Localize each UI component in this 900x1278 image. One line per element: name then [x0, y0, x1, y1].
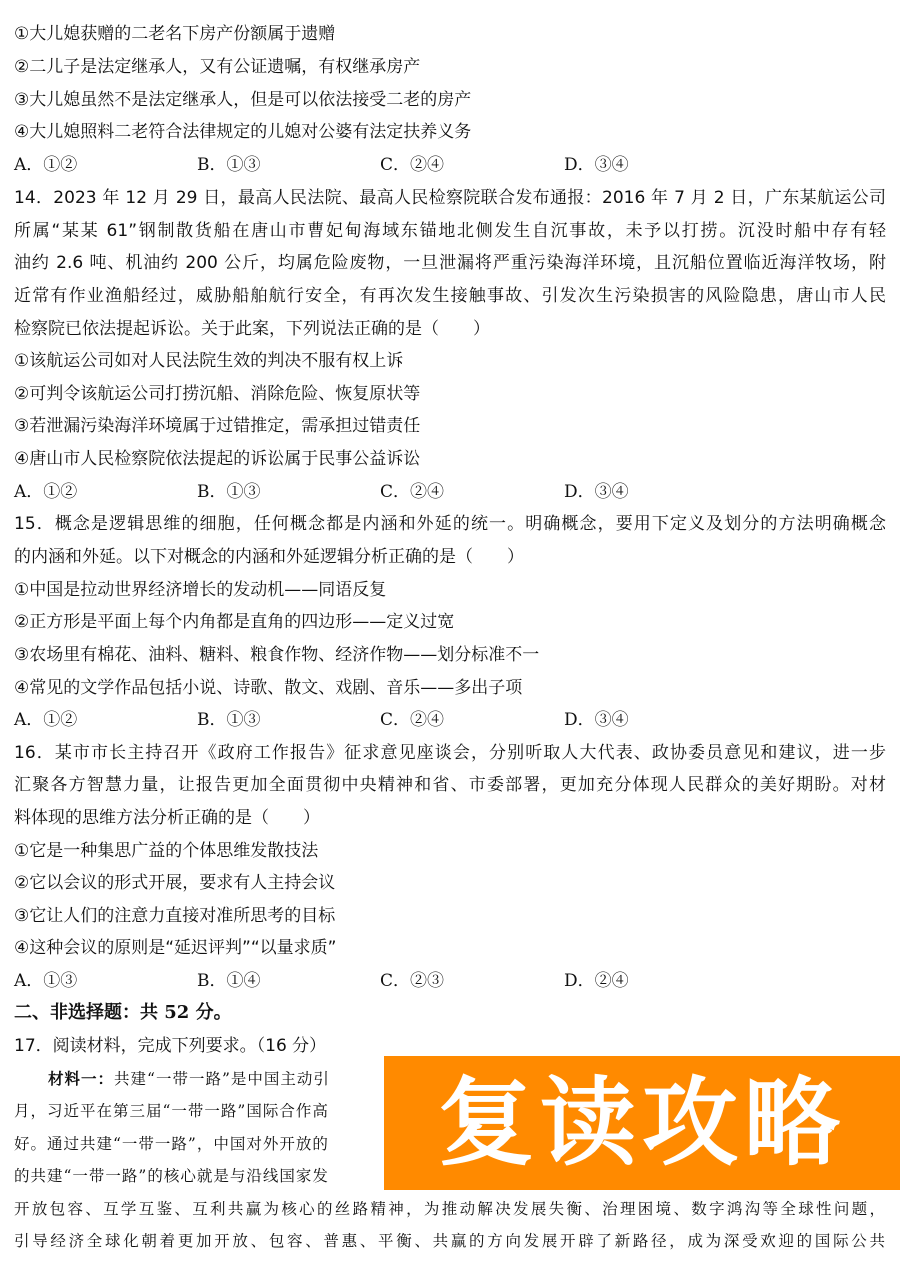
- q13-statement-3: ③大儿媳虽然不是法定继承人，但是可以依法接受二老的房产: [14, 88, 886, 112]
- q15-option-d[interactable]: D．③④: [564, 708, 629, 732]
- q14-options: A．①② B．①③ C．②④ D．③④: [0, 480, 900, 504]
- q14-statement-3: ③若泄漏污染海洋环境属于过错推定，需承担过错责任: [14, 414, 886, 438]
- q14-statement-2: ②可判令该航运公司打捞沉船、消除危险、恢复原状等: [14, 382, 886, 406]
- watermark-banner-text: 复读攻略: [438, 1075, 846, 1171]
- q14-option-b[interactable]: B．①③: [197, 480, 261, 504]
- q16-stem-line-2: 汇聚各方智慧力量，让报告更加全面贯彻中央精神和省、市委部署，更加充分体现人民群众…: [14, 773, 886, 797]
- q15-statement-1: ①中国是拉动世界经济增长的发动机——同语反复: [14, 578, 886, 602]
- q16-option-b[interactable]: B．①④: [197, 969, 261, 993]
- q16-option-a[interactable]: A．①③: [14, 969, 77, 993]
- q14-stem-line-2: 所属“某某 61”钢制散货船在唐山市曹妃甸海域东锚地北侧发生自沉事故，未予以打捞…: [14, 219, 886, 243]
- q16-options: A．①③ B．①④ C．②③ D．②④: [0, 969, 900, 993]
- q16-statement-1: ①它是一种集思广益的个体思维发散技法: [14, 839, 886, 863]
- q16-statement-4: ④这种会议的原则是“延迟评判”“以量求质”: [14, 936, 886, 960]
- q16-stem-line-1: 16．某市市长主持召开《政府工作报告》征求意见座谈会，分别听取人大代表、政协委员…: [14, 741, 886, 765]
- q13-option-d[interactable]: D．③④: [564, 153, 629, 177]
- q14-stem-line-5: 检察院已依法提起诉讼。关于此案，下列说法正确的是（ ）: [14, 317, 886, 341]
- q13-option-c[interactable]: C．②④: [380, 153, 444, 177]
- q14-option-d[interactable]: D．③④: [564, 480, 629, 504]
- q14-statement-1: ①该航运公司如对人民法院生效的判决不服有权上诉: [14, 349, 886, 373]
- exam-page: ①大儿媳获赠的二老名下房产份额属于遗赠 ②二儿子是法定继承人，又有公证遗嘱，有权…: [0, 0, 900, 1278]
- q16-option-c[interactable]: C．②③: [380, 969, 444, 993]
- q15-options: A．①② B．①③ C．②④ D．③④: [0, 708, 900, 732]
- q13-option-a[interactable]: A．①②: [14, 153, 77, 177]
- q16-statement-3: ③它让人们的注意力直接对准所思考的目标: [14, 904, 886, 928]
- q15-option-c[interactable]: C．②④: [380, 708, 444, 732]
- q14-option-a[interactable]: A．①②: [14, 480, 77, 504]
- q14-stem-line-3: 油约 2.6 吨、机油约 200 公斤，均属危险废物，一旦泄漏将严重污染海洋环境…: [14, 251, 886, 275]
- q15-stem-line-2: 的内涵和外延。以下对概念的内涵和外延逻辑分析正确的是（ ）: [14, 545, 886, 569]
- q16-option-d[interactable]: D．②④: [564, 969, 629, 993]
- q16-stem-line-3: 料体现的思维方法分析正确的是（ ）: [14, 806, 886, 830]
- q13-options: A．①② B．①③ C．②④ D．③④: [0, 153, 900, 177]
- watermark-banner: 复读攻略: [384, 1056, 900, 1190]
- q17-material-line-6: 引导经济全球化朝着更加开放、包容、普惠、平衡、共赢的方向发展开辟了新路径，成为深…: [14, 1229, 886, 1253]
- q14-option-c[interactable]: C．②④: [380, 480, 444, 504]
- q13-statement-2: ②二儿子是法定继承人，又有公证遗嘱，有权继承房产: [14, 55, 886, 79]
- q13-option-b[interactable]: B．①③: [197, 153, 261, 177]
- q14-stem-line-4: 近常有作业渔船经过，威胁船舶航行安全，有再次发生接触事故、引发次生污染损害的风险…: [14, 284, 886, 308]
- q15-option-b[interactable]: B．①③: [197, 708, 261, 732]
- q14-statement-4: ④唐山市人民检察院依法提起的诉讼属于民事公益诉讼: [14, 447, 886, 471]
- q13-statement-4: ④大儿媳照料二老符合法律规定的儿媳对公婆有法定扶养义务: [14, 120, 886, 144]
- q14-stem-line-1: 14．2023 年 12 月 29 日，最高人民法院、最高人民检察院联合发布通报…: [14, 186, 886, 210]
- q15-statement-4: ④常见的文学作品包括小说、诗歌、散文、戏剧、音乐——多出子项: [14, 676, 886, 700]
- q17-material-line-5: 开放包容、互学互鉴、互利共赢为核心的丝路精神，为推动解决发展失衡、治理困境、数字…: [14, 1197, 886, 1221]
- section-2-title: 二、非选择题：共 52 分。: [14, 1001, 886, 1025]
- q15-statement-2: ②正方形是平面上每个内角都是直角的四边形——定义过宽: [14, 610, 886, 634]
- q17-material-line-1-text: 共建“一带一路”是中国主动引: [114, 1070, 330, 1088]
- q16-statement-2: ②它以会议的形式开展，要求有人主持会议: [14, 871, 886, 895]
- q13-statement-1: ①大儿媳获赠的二老名下房产份额属于遗赠: [14, 22, 886, 46]
- q15-stem-line-1: 15．概念是逻辑思维的细胞，任何概念都是内涵和外延的统一。明确概念，要用下定义及…: [14, 512, 886, 536]
- q15-statement-3: ③农场里有棉花、油料、糖料、粮食作物、经济作物——划分标准不一: [14, 643, 886, 667]
- q17-stem: 17．阅读材料，完成下列要求。（16 分）: [14, 1034, 886, 1058]
- q15-option-a[interactable]: A．①②: [14, 708, 77, 732]
- q17-material-lead: 材料一：: [48, 1069, 114, 1088]
